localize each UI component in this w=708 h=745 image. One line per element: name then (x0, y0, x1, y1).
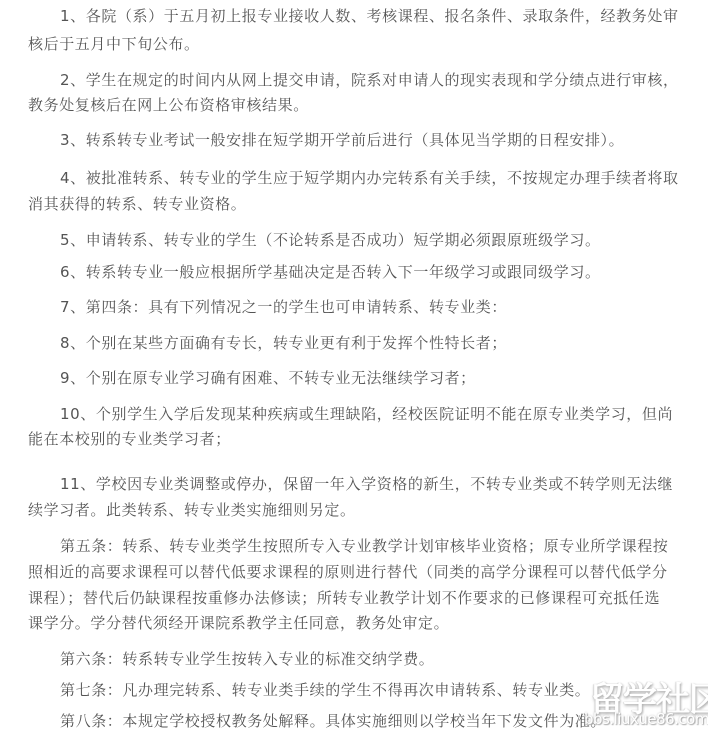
paragraph-1-line-2: 核后于五月中下旬公布。 (28, 35, 200, 53)
paragraph-9-line-1: 9、个别在原专业学习确有困难、不转专业无法继续学习者； (60, 369, 476, 387)
article-5-line-3: 课程）；替代后仍缺课程按重修办法修读；所转专业教学计划不作要求的已修课程可充抵任… (28, 589, 660, 607)
paragraph-7-line-1: 7、第四条：具有下列情况之一的学生也可申请转系、转专业类： (60, 298, 507, 316)
paragraph-11-line-1: 11、学校因专业类调整或停办，保留一年入学资格的新生，不转专业类或不转学则无法继 (60, 475, 673, 493)
paragraph-2-line-1: 2、学生在规定的时间内从网上提交申请，院系对申请人的现实表现和学分绩点进行审核， (60, 71, 679, 89)
article-5-line-2: 照相近的高要求课程可以替代低要求课程的原则进行替代（同类的高学分课程可以替代低学… (28, 563, 668, 581)
paragraph-1-line-1: 1、各院（系）于五月初上报专业接收人数、考核课程、报名条件、录取条件，经教务处审 (60, 7, 679, 25)
paragraph-6-line-1: 6、转系转专业一般应根据所学基础决定是否转入下一年级学习或跟同级学习。 (60, 263, 601, 281)
paragraph-10-line-2: 能在本校别的专业类学习者； (28, 430, 231, 448)
paragraph-10-line-1: 10、个别学生入学后发现某种疾病或生理缺陷，经校医院证明不能在原专业类学习，但尚 (60, 405, 673, 423)
paragraph-4-line-1: 4、被批准转系、转专业的学生应于短学期内办完转系有关手续，不按规定办理手续者将取 (60, 169, 679, 187)
paragraph-4-line-2: 消其获得的转系、转专业资格。 (28, 195, 246, 213)
article-5-line-1: 第五条：转系、转专业类学生按照所专入专业教学计划审核毕业资格；原专业所学课程按 (60, 537, 668, 555)
article-5-line-4: 课学分。学分替代须经开课院系教学主任同意，教务处审定。 (28, 614, 449, 632)
article-7-line-1: 第七条：凡办理完转系、转专业类手续的学生不得再次申请转系、转专业类。 (60, 681, 590, 699)
site-watermark: 留学社区 bbs.liuxue86.com (590, 672, 708, 732)
paragraph-3-line-1: 3、转系转专业考试一般安排在短学期开学前后进行（具体见当学期的日程安排）。 (60, 131, 624, 149)
paragraph-2-line-2: 教务处复核后在网上公布资格审核结果。 (28, 96, 309, 114)
article-8-line-1: 第八条：本规定学校授权教务处解释。具体实施细则以学校当年下发文件为准。 (60, 712, 606, 730)
paragraph-11-line-2: 续学习者。此类转系、转专业类实施细则另定。 (28, 501, 356, 519)
paragraph-8-line-1: 8、个别在某些方面确有专长，转专业更有利于发挥个性特长者； (60, 334, 507, 352)
watermark-url: bbs.liuxue86.com (584, 710, 708, 728)
article-6-line-1: 第六条：转系转专业学生按转入专业的标准交纳学费。 (60, 650, 434, 668)
paragraph-5-line-1: 5、申请转系、转专业的学生（不论转系是否成功）短学期必须跟原班级学习。 (60, 231, 601, 249)
